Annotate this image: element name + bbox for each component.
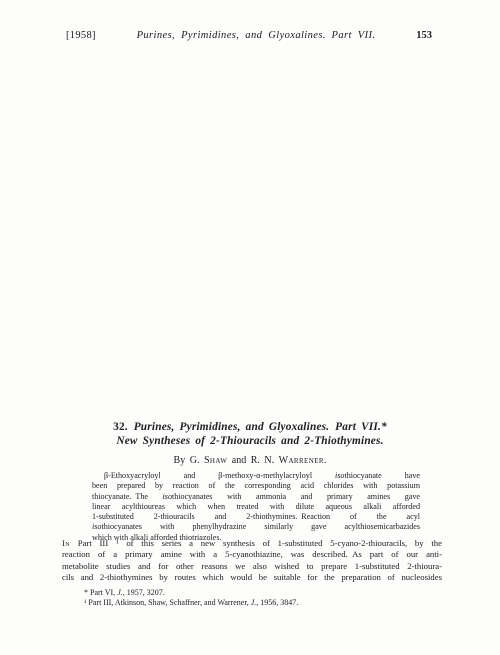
text-segment: Part III ¹ of this series a new synthesi… [70,538,442,548]
text-segment: , 1957, 3207. [123,588,165,597]
article-title: 32. Purines, Pyrimidines, and Glyoxaline… [63,421,437,449]
footnotes: * Part VI, J., 1957, 3207.¹ Part III, At… [84,588,444,609]
text-segment: Shaw [204,455,227,466]
text-segment: In [62,538,70,548]
article-byline: By G. Shaw and R. N. Warrener. [63,455,437,467]
text-segment: thiocyanate. The [92,492,163,501]
text-segment: Purines, Pyrimidines, and Glyoxalines. P… [134,421,387,433]
text-line: 32. Purines, Pyrimidines, and Glyoxaline… [63,421,437,435]
text-segment: By G. [174,455,204,466]
text-line: cils and 2-thiothymines by routes which … [62,572,442,583]
text-segment: reaction of a primary amine with a 5-cya… [62,549,442,559]
text-line: isothiocyanates with phenylhydrazine sim… [92,522,420,532]
header-running-title: Purines, Pyrimidines, and Glyoxalines. P… [96,29,416,42]
text-segment: cils and 2-thiothymines by routes which … [62,572,442,582]
text-line: β-Ethoxyacryloyl and β-methoxy-α-methyla… [92,471,420,481]
text-segment: metabolite studies and for other reasons… [62,561,442,571]
text-segment: Warrener [279,455,324,466]
text-segment: β-Ethoxyacryloyl and β-methoxy-α-methyla… [104,471,335,480]
text-line: ¹ Part III, Atkinson, Shaw, Schaffner, a… [84,598,444,608]
text-segment: * Part VI, [84,588,117,597]
text-line: been prepared by reaction of the corresp… [92,481,420,491]
text-segment: ¹ Part III, Atkinson, Shaw, Schaffner, a… [84,598,251,607]
page-header: [1958] Purines, Pyrimidines, and Glyoxal… [66,29,432,42]
text-segment: thiocyanate have [344,471,420,480]
text-segment: New Syntheses of 2-Thiouracils and 2-Thi… [116,435,383,447]
text-line: linear acylthioureas which when treated … [92,502,420,512]
text-line: metabolite studies and for other reasons… [62,561,442,572]
journal-page: [1958] Purines, Pyrimidines, and Glyoxal… [0,0,500,655]
text-segment: linear acylthioureas which when treated … [92,502,420,511]
text-segment: , 1956, 3847. [256,598,298,607]
text-segment: 1-substituted 2-thiouracils and 2-thioth… [92,512,420,521]
text-line: 1-substituted 2-thiouracils and 2-thioth… [92,512,420,522]
body-paragraph: In Part III ¹ of this series a new synth… [62,538,442,583]
header-year: [1958] [66,29,96,42]
text-segment: 32. [113,421,134,433]
text-segment: iso [163,492,172,501]
text-segment: thiocyanates with ammonia and primary am… [172,492,420,501]
text-segment: thiocyanates with phenylhydrazine simila… [101,522,420,531]
header-page-number: 153 [416,29,432,42]
text-line: In Part III ¹ of this series a new synth… [62,538,442,549]
abstract-paragraph: β-Ethoxyacryloyl and β-methoxy-α-methyla… [92,471,420,543]
text-line: thiocyanate. The isothiocyanates with am… [92,492,420,502]
text-line: * Part VI, J., 1957, 3207. [84,588,444,598]
text-line: New Syntheses of 2-Thiouracils and 2-Thi… [63,435,437,449]
text-segment: and R. N. [227,455,278,466]
text-segment: been prepared by reaction of the corresp… [92,481,420,490]
text-segment: . [324,455,327,466]
text-line: reaction of a primary amine with a 5-cya… [62,549,442,560]
